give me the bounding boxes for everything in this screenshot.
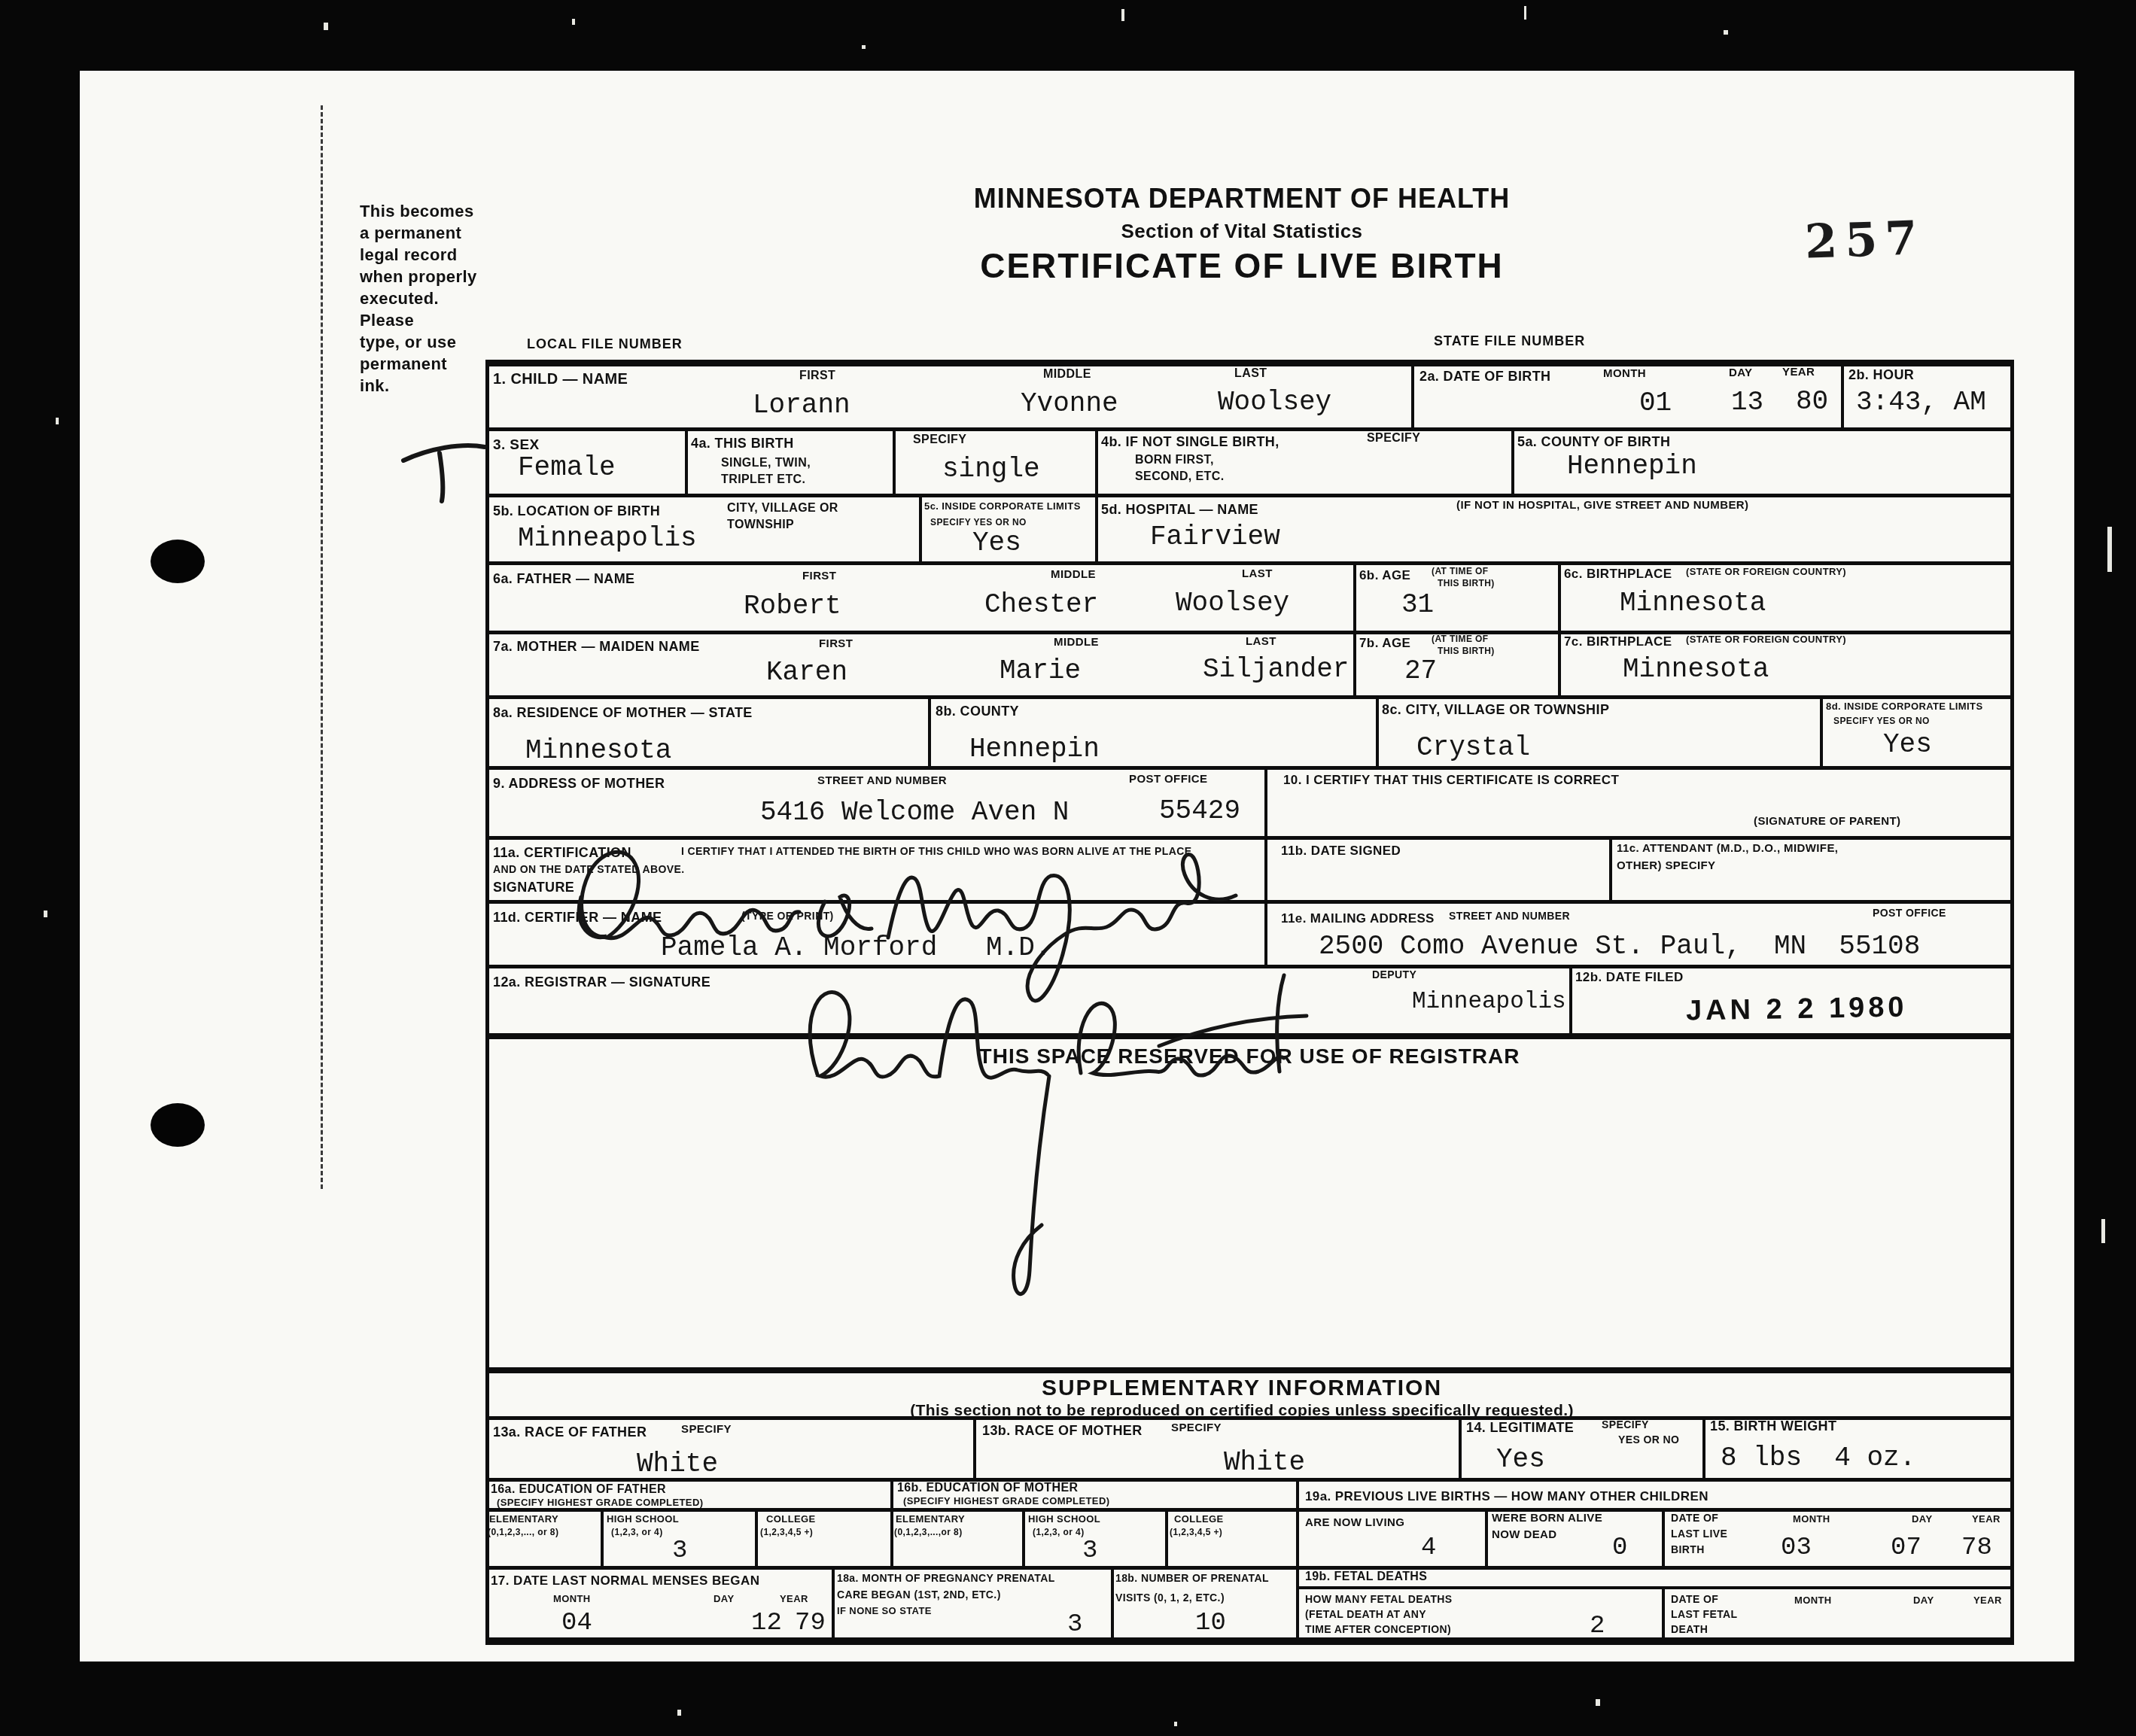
header-department: MINNESOTA DEPARTMENT OF HEALTH <box>974 185 1511 212</box>
county-of-birth-value: Hennepin <box>1567 453 1697 480</box>
field-label-mother-birthplace-note: (STATE OR FOREIGN COUNTRY) <box>1686 634 1846 644</box>
last-live-birth-day-value: 07 <box>1891 1535 1921 1561</box>
column-label-month: MONTH <box>1603 368 1646 379</box>
field-label-hospital: 5d. HOSPITAL — NAME <box>1101 503 1258 516</box>
field-label-legitimate: 14. LEGITIMATE <box>1466 1421 1574 1434</box>
margin-note-line: permanent <box>360 356 447 372</box>
column-label-street-and-number: STREET AND NUMBER <box>817 775 947 786</box>
field-label-date-signed: 11b. DATE SIGNED <box>1281 844 1401 857</box>
field-label-prenatal-care-began: CARE BEGAN (1ST, 2ND, ETC.) <box>837 1589 1001 1600</box>
specify-label: SPECIFY <box>681 1424 732 1435</box>
father-first-name-value: Robert <box>744 593 841 620</box>
scan-artifact <box>1596 1699 1600 1706</box>
hospital-value: Fairview <box>1150 524 1280 551</box>
column-label-year: YEAR <box>1782 366 1815 378</box>
hole-punch <box>151 1103 205 1147</box>
field-label-mother-age: 7b. AGE <box>1359 637 1410 649</box>
scan-artifact <box>862 45 866 49</box>
border-line <box>1609 836 1612 904</box>
column-label-first: FIRST <box>799 370 835 382</box>
fetal-deaths-value: 2 <box>1590 1613 1605 1639</box>
column-label-elementary-sub: (0,1,2,3,..., or 8) <box>488 1528 558 1537</box>
residence-city-value: Crystal <box>1416 734 1530 762</box>
field-label-attendant: 11c. ATTENDANT (M.D., D.O., MIDWIFE, <box>1617 843 1838 854</box>
border-line <box>485 494 2014 497</box>
border-line <box>485 695 2014 699</box>
certification-statement: AND ON THE DATE STATED ABOVE. <box>493 864 685 874</box>
margin-note-line: ink. <box>360 378 390 394</box>
birth-weight-value: 8 lbs 4 oz. <box>1721 1445 1915 1472</box>
scan-artifact <box>1121 9 1124 21</box>
border-line <box>1820 695 1823 770</box>
birth-hour-value: 3:43, AM <box>1856 389 1986 416</box>
border-line <box>893 427 896 497</box>
location-of-birth-value: Minneapolis <box>518 525 697 552</box>
mother-post-office-value: 55429 <box>1159 798 1240 825</box>
sex-value: Female <box>518 455 616 482</box>
mother-age-value: 27 <box>1404 658 1437 685</box>
column-label-last: LAST <box>1234 368 1267 380</box>
field-label-hour: 2b. HOUR <box>1848 368 1914 382</box>
menses-month-value: 04 <box>561 1610 592 1636</box>
field-label-race-of-mother: 13b. RACE OF MOTHER <box>982 1424 1143 1437</box>
column-label-post-office: POST OFFICE <box>1129 774 1207 785</box>
border-line <box>973 1416 976 1481</box>
father-high-school-value: 3 <box>672 1538 687 1564</box>
certifier-name-value: Pamela A. Morford M.D. <box>661 935 1051 962</box>
deputy-label: DEPUTY <box>1372 969 1416 980</box>
birth-month-value: 01 <box>1639 390 1672 417</box>
last-live-birth-year-value: 78 <box>1961 1535 1992 1561</box>
field-label-birth-weight: 15. BIRTH WEIGHT <box>1710 1419 1836 1433</box>
column-label-high-school: HIGH SCHOOL <box>607 1514 679 1524</box>
residence-county-value: Hennepin <box>969 736 1100 763</box>
field-label-not-single-birth: 4b. IF NOT SINGLE BIRTH, <box>1101 435 1279 448</box>
specify-label: SPECIFY <box>913 434 966 446</box>
column-label-middle: MIDDLE <box>1054 637 1099 648</box>
column-label-are-now-living: ARE NOW LIVING <box>1305 1517 1404 1528</box>
state-file-number-label: STATE FILE NUMBER <box>1434 334 1585 348</box>
border-line <box>1376 695 1379 770</box>
field-label-prenatal-visits: 18b. NUMBER OF PRENATAL <box>1115 1573 1269 1583</box>
column-label-street-and-number: STREET AND NUMBER <box>1449 911 1570 921</box>
border-line <box>1459 1416 1462 1481</box>
field-label-mother-age-note: THIS BIRTH) <box>1438 646 1495 655</box>
column-label-date-of-last-fetal-death: DEATH <box>1671 1624 1708 1634</box>
border-line <box>485 900 2014 904</box>
scan-artifact <box>1174 1722 1177 1726</box>
border-line <box>485 1508 2014 1512</box>
yes-or-no-label: YES OR NO <box>1618 1434 1679 1445</box>
supplementary-title: SUPPLEMENTARY INFORMATION <box>1042 1377 1442 1400</box>
scan-artifact <box>324 23 328 30</box>
border-line <box>1165 1508 1168 1569</box>
scan-artifact <box>44 911 47 917</box>
column-label-date-of-last-live-birth: BIRTH <box>1671 1544 1705 1555</box>
margin-note-line: a permanent <box>360 225 461 242</box>
border-line <box>485 1033 2014 1039</box>
column-label-year: YEAR <box>1973 1595 2002 1605</box>
field-label-race-of-father: 13a. RACE OF FATHER <box>493 1425 647 1439</box>
mother-street-value: 5416 Welcome Aven N <box>760 799 1069 826</box>
column-label-college: COLLEGE <box>1174 1514 1224 1524</box>
field-label-education-of-father: 16a. EDUCATION OF FATHER <box>491 1484 666 1496</box>
border-line <box>1022 1508 1025 1569</box>
specify-label: SPECIFY <box>1367 433 1420 445</box>
border-line <box>1353 561 1356 699</box>
border-line <box>485 561 2014 565</box>
border-line <box>1411 360 1414 431</box>
field-label-education-sub: (SPECIFY HIGHEST GRADE COMPLETED) <box>903 1496 1109 1506</box>
column-label-year: YEAR <box>1972 1514 2001 1524</box>
column-label-day: DAY <box>1912 1514 1932 1524</box>
scan-artifact <box>2101 1219 2105 1243</box>
field-label-father-birthplace: 6c. BIRTHPLACE <box>1564 567 1672 580</box>
column-label-date-of-last-live-birth: LAST LIVE <box>1671 1528 1727 1539</box>
scan-artifact <box>572 19 575 25</box>
field-label-mother-address: 9. ADDRESS OF MOTHER <box>493 777 665 790</box>
column-label-day: DAY <box>714 1594 734 1604</box>
prenatal-visits-value: 10 <box>1195 1610 1226 1636</box>
field-label-how-many-fetal-deaths: TIME AFTER CONCEPTION) <box>1305 1624 1451 1634</box>
signature-of-parent-label: (SIGNATURE OF PARENT) <box>1754 816 1900 827</box>
field-label-certification: 11a. CERTIFICATION <box>493 846 631 859</box>
field-label-how-many-fetal-deaths: HOW MANY FETAL DEATHS <box>1305 1594 1453 1604</box>
column-label-elementary-sub: (0,1,2,3,...,or 8) <box>894 1528 963 1537</box>
field-label-hospital-note: (IF NOT IN HOSPITAL, GIVE STREET AND NUM… <box>1456 500 1748 511</box>
field-label-date-filed: 12b. DATE FILED <box>1575 971 1684 984</box>
border-line <box>485 1367 2014 1373</box>
column-label-first: FIRST <box>819 638 853 649</box>
signature-label: SIGNATURE <box>493 880 574 894</box>
child-first-name-value: Lorann <box>753 392 850 419</box>
prenatal-care-began-value: 3 <box>1067 1612 1082 1637</box>
scan-artifact <box>2107 527 2112 572</box>
column-label-last: LAST <box>1246 636 1276 647</box>
column-label-high-school-sub: (1,2,3, or 4) <box>1033 1528 1085 1537</box>
margin-note-line: legal record <box>360 247 458 263</box>
children-now-dead-value: 0 <box>1612 1535 1627 1561</box>
border-line <box>1485 1508 1488 1569</box>
field-label-prenatal-care-began: 18a. MONTH OF PREGNANCY PRENATAL <box>837 1573 1055 1583</box>
field-label-residence-county: 8b. COUNTY <box>936 704 1019 718</box>
field-label-residence-state: 8a. RESIDENCE OF MOTHER — STATE <box>493 706 753 719</box>
field-label-mailing-address: 11e. MAILING ADDRESS <box>1281 912 1435 925</box>
hole-punch <box>151 540 205 583</box>
margin-note-line: executed. <box>360 290 439 307</box>
column-label-elementary: ELEMENTARY <box>489 1514 558 1524</box>
mailing-address-value: 2500 Como Avenue St. Paul, MN 55108 <box>1319 933 1920 960</box>
column-label-year: YEAR <box>780 1594 808 1604</box>
column-label-born-alive-now-dead: WERE BORN ALIVE <box>1492 1513 1602 1524</box>
field-label-residence-corp-sub: SPECIFY YES OR NO <box>1833 716 1930 725</box>
border-line <box>485 766 2014 770</box>
field-label-county-of-birth: 5a. COUNTY OF BIRTH <box>1517 435 1670 448</box>
margin-note-line: This becomes <box>360 203 474 220</box>
field-label-residence-city: 8c. CITY, VILLAGE OR TOWNSHIP <box>1382 703 1609 716</box>
children-now-living-value: 4 <box>1421 1535 1436 1561</box>
father-middle-name-value: Chester <box>984 591 1098 619</box>
field-label-location-sub: CITY, VILLAGE OR <box>727 503 838 515</box>
border-line <box>1841 360 1844 431</box>
field-label-this-birth-sub: SINGLE, TWIN, <box>721 458 811 470</box>
scanned-birth-certificate: This becomes a permanent legal record wh… <box>0 0 2136 1736</box>
race-of-mother-value: White <box>1224 1449 1305 1476</box>
residence-corp-limits-value: Yes <box>1883 731 1932 759</box>
field-label-father-age: 6b. AGE <box>1359 569 1410 582</box>
field-label-fetal-deaths: 19b. FETAL DEATHS <box>1305 1571 1427 1583</box>
border-line <box>1095 494 1098 565</box>
birth-day-value: 13 <box>1731 389 1763 416</box>
border-line <box>890 1478 893 1569</box>
scan-artifact <box>56 418 59 424</box>
child-middle-name-value: Yvonne <box>1021 391 1118 418</box>
margin-note-line: when properly <box>360 269 477 285</box>
border-line <box>485 1566 2014 1570</box>
page-title: CERTIFICATE OF LIVE BIRTH <box>980 248 1504 283</box>
border-line <box>1264 766 1267 968</box>
column-label-month: MONTH <box>553 1594 591 1604</box>
border-line <box>485 965 2014 968</box>
field-label-corporate-limits: 5c. INSIDE CORPORATE LIMITS <box>924 501 1081 511</box>
mother-middle-name-value: Marie <box>1000 658 1081 685</box>
border-line <box>1662 1508 1665 1569</box>
column-label-month: MONTH <box>1794 1595 1832 1605</box>
column-label-high-school: HIGH SCHOOL <box>1028 1514 1100 1524</box>
stamp-number: 257 <box>1804 214 1925 266</box>
column-label-last: LAST <box>1242 568 1273 579</box>
this-birth-value: single <box>942 456 1040 483</box>
column-label-college: COLLEGE <box>766 1514 816 1524</box>
field-label-sex: 3. SEX <box>493 438 540 452</box>
field-label-not-single-sub: BORN FIRST, <box>1135 455 1214 467</box>
field-label-father-name: 6a. FATHER — NAME <box>493 572 635 585</box>
border-line <box>755 1508 758 1569</box>
border-line <box>1569 965 1572 1036</box>
border-line <box>832 1566 835 1641</box>
local-file-number-label: LOCAL FILE NUMBER <box>527 337 683 351</box>
field-label-residence-corp-limits: 8d. INSIDE CORPORATE LIMITS <box>1826 701 1982 711</box>
border-line <box>1662 1586 1665 1641</box>
border-line <box>601 1508 604 1569</box>
field-label-attendant: OTHER) SPECIFY <box>1617 860 1715 871</box>
border-line <box>1558 561 1561 699</box>
date-filed-stamp: JAN 2 2 1980 <box>1686 993 1908 1025</box>
column-label-college-sub: (1,2,3,4,5 +) <box>1170 1528 1222 1537</box>
legitimate-value: Yes <box>1496 1446 1545 1473</box>
field-label-prenatal-visits: VISITS (0, 1, 2, ETC.) <box>1115 1592 1225 1603</box>
border-line <box>485 836 2014 840</box>
field-label-not-single-sub: SECOND, ETC. <box>1135 471 1225 483</box>
corporate-limits-value: Yes <box>972 530 1021 557</box>
field-label-prenatal-care-began: IF NONE SO STATE <box>837 1606 932 1616</box>
column-label-date-of-last-fetal-death: DATE OF <box>1671 1594 1718 1604</box>
margin-note-line: type, or use <box>360 334 456 351</box>
column-label-elementary: ELEMENTARY <box>896 1514 965 1524</box>
border-line <box>485 360 489 1645</box>
field-label-date-of-birth: 2a. DATE OF BIRTH <box>1419 369 1550 383</box>
menses-day-value: 12 <box>751 1610 782 1636</box>
column-label-college-sub: (1,2,3,4,5 +) <box>760 1528 813 1537</box>
border-line <box>928 695 931 770</box>
field-label-last-menses: 17. DATE LAST NORMAL MENSES BEGAN <box>491 1574 759 1587</box>
column-label-born-alive-now-dead: NOW DEAD <box>1492 1529 1557 1540</box>
field-label-parent-certify: 10. I CERTIFY THAT THIS CERTIFICATE IS C… <box>1283 774 1619 786</box>
certification-statement: I CERTIFY THAT I ATTENDED THE BIRTH OF T… <box>681 846 1191 856</box>
field-label-father-age-note: (AT TIME OF <box>1432 567 1489 576</box>
column-label-month: MONTH <box>1793 1514 1830 1524</box>
field-label-mother-birthplace: 7c. BIRTHPLACE <box>1564 635 1672 648</box>
border-line <box>2010 360 2014 1645</box>
border-line <box>685 427 688 497</box>
specify-label: SPECIFY <box>1602 1419 1649 1430</box>
column-label-date-of-last-fetal-death: LAST FETAL <box>1671 1609 1738 1619</box>
father-birthplace-value: Minnesota <box>1620 590 1766 617</box>
header-section: Section of Vital Statistics <box>1121 221 1363 241</box>
border-line <box>485 427 2014 431</box>
column-label-middle: MIDDLE <box>1043 369 1091 381</box>
column-label-first: FIRST <box>802 570 836 582</box>
border-line <box>1702 1416 1705 1481</box>
field-label-type-or-print: (TYPE OR PRINT) <box>741 911 834 921</box>
field-label-father-birthplace-note: (STATE OR FOREIGN COUNTRY) <box>1686 567 1846 576</box>
field-label-certifier: 11d. CERTIFIER — NAME <box>493 911 662 924</box>
last-live-birth-month-value: 03 <box>1781 1535 1812 1561</box>
field-label-mother-name: 7a. MOTHER — MAIDEN NAME <box>493 640 700 653</box>
registrar-office-value: Minneapolis <box>1412 990 1566 1014</box>
field-label-education-sub: (SPECIFY HIGHEST GRADE COMPLETED) <box>497 1497 703 1507</box>
scan-artifact <box>1524 6 1526 20</box>
race-of-father-value: White <box>637 1451 718 1478</box>
field-label-child-name: 1. CHILD — NAME <box>493 372 628 387</box>
border-line <box>919 494 922 565</box>
field-label-education-of-mother: 16b. EDUCATION OF MOTHER <box>897 1482 1078 1494</box>
mother-first-name-value: Karen <box>766 659 847 686</box>
field-label-previous-live-births: 19a. PREVIOUS LIVE BIRTHS — HOW MANY OTH… <box>1305 1490 1708 1503</box>
scan-artifact <box>1724 30 1728 35</box>
field-label-this-birth: 4a. THIS BIRTH <box>691 436 794 450</box>
mother-birthplace-value: Minnesota <box>1623 656 1769 683</box>
mother-last-name-value: Siljander <box>1203 656 1349 683</box>
column-label-post-office: POST OFFICE <box>1873 908 1946 918</box>
border-line <box>485 1637 2014 1645</box>
father-last-name-value: Woolsey <box>1176 590 1289 617</box>
field-label-corporate-limits-sub: SPECIFY YES OR NO <box>930 518 1027 527</box>
border-line <box>1111 1566 1114 1641</box>
column-label-day: DAY <box>1913 1595 1934 1605</box>
menses-year-value: 79 <box>795 1610 826 1636</box>
field-label-registrar-signature: 12a. REGISTRAR — SIGNATURE <box>493 975 710 989</box>
field-label-mother-age-note: (AT TIME OF <box>1432 634 1489 643</box>
mother-high-school-value: 3 <box>1082 1538 1097 1564</box>
column-label-day: DAY <box>1729 367 1753 379</box>
specify-label: SPECIFY <box>1171 1422 1222 1433</box>
border-line <box>1296 1478 1299 1645</box>
registrar-reserved-note: THIS SPACE RESERVED FOR USE OF REGISTRAR <box>979 1046 1520 1067</box>
scan-artifact <box>677 1710 681 1716</box>
field-label-this-birth-sub: TRIPLET ETC. <box>721 474 805 486</box>
child-last-name-value: Woolsey <box>1218 389 1331 416</box>
residence-state-value: Minnesota <box>525 737 671 765</box>
father-age-value: 31 <box>1401 591 1434 619</box>
field-label-father-age-note: THIS BIRTH) <box>1438 579 1495 588</box>
column-label-middle: MIDDLE <box>1051 569 1096 580</box>
birth-year-value: 80 <box>1796 388 1828 415</box>
border-line <box>1511 427 1514 497</box>
border-line <box>1095 427 1098 497</box>
fold-line <box>321 105 323 1189</box>
border-line <box>1298 1586 2014 1589</box>
column-label-high-school-sub: (1,2,3, or 4) <box>611 1528 663 1537</box>
field-label-location-of-birth: 5b. LOCATION OF BIRTH <box>493 504 660 518</box>
supplementary-subtitle: (This section not to be reproduced on ce… <box>910 1403 1574 1418</box>
field-label-how-many-fetal-deaths: (FETAL DEATH AT ANY <box>1305 1609 1426 1619</box>
margin-note-line: Please <box>360 312 414 329</box>
field-label-location-sub: TOWNSHIP <box>727 519 794 531</box>
column-label-date-of-last-live-birth: DATE OF <box>1671 1513 1718 1523</box>
